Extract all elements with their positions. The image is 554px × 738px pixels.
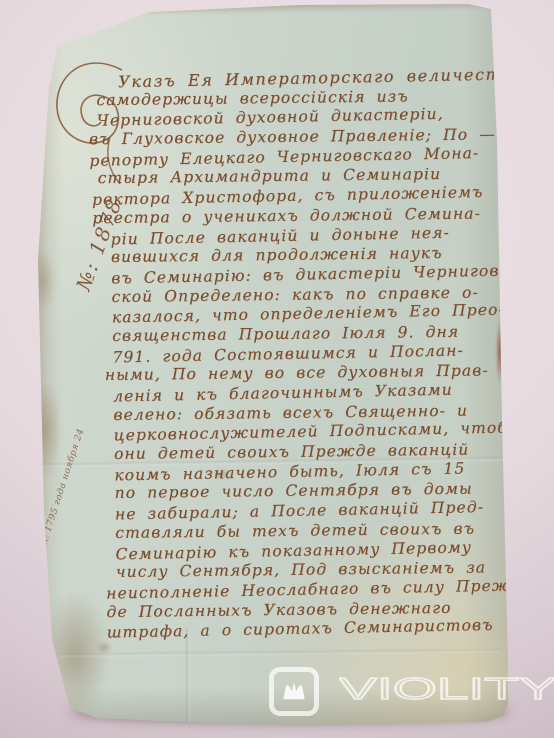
photo-scene: №: 1878 №:187. пол: 1795 года ноября 24 …: [0, 0, 554, 738]
violity-watermark: VIOLITY: [269, 666, 554, 716]
crown-logo-box: [269, 667, 319, 716]
top-edge-stain: [120, 0, 500, 18]
corner-fold-crease: [48, 0, 188, 51]
small-stain: [96, 642, 112, 653]
svg-text:VIOLITY: VIOLITY: [339, 671, 554, 706]
crown-icon: [280, 679, 308, 703]
vertical-fold-crease: [186, 628, 190, 726]
manuscript-page: №: 1878 №:187. пол: 1795 года ноября 24 …: [0, 0, 554, 738]
watermark-brand: VIOLITY: [339, 666, 554, 716]
ink-stain: [28, 380, 62, 480]
ink-stain: [30, 250, 56, 312]
manuscript-text: Указъ Ея Императорскаго величества самод…: [88, 66, 503, 643]
